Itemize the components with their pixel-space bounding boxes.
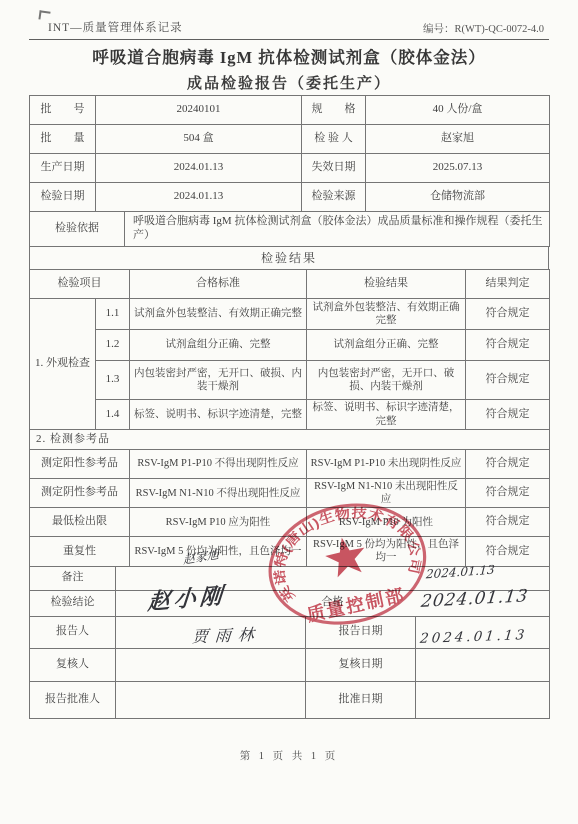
table-row: 测定阳性参考品 RSV-IgM P1-P10 不得出现阴性反应 RSV-IgM … <box>30 450 550 479</box>
inspector-value: 赵家旭 <box>366 125 550 154</box>
appearance-group-label: 1. 外观检查 <box>30 299 96 430</box>
standard-cell: 内包装密封严密，无开口、破损、内装干燥剂 <box>130 361 307 400</box>
verdict-cell: 符合规定 <box>466 400 550 430</box>
info-table: 批 号 20240101 规 格 40 人份/盒 批 量 504 盒 检 验 人… <box>29 95 550 212</box>
results-band: 检验结果 <box>29 246 549 270</box>
approver-signature: 贾雨林 <box>191 622 262 647</box>
standard-cell: RSV-IgM P10 应为阳性 <box>130 508 307 537</box>
standard-cell: 标签、说明书、标识字迹清楚，完整 <box>130 400 307 430</box>
table-row: 生产日期 2024.01.13 失效日期 2025.07.13 <box>30 154 550 183</box>
approve-date-label: 批准日期 <box>306 681 416 718</box>
table-row: 1.4 标签、说明书、标识字迹清楚，完整 标签、说明书、标识字迹清楚，完整 符合… <box>30 400 550 430</box>
scanned-report-page: INT—质量管理体系记录 编号：R(WT)-QC-0072-4.0 呼吸道合胞病… <box>0 0 578 824</box>
results-table: 检验项目 合格标准 检验结果 结果判定 1. 外观检查 1.1 试剂盒外包装整洁… <box>29 269 550 567</box>
reporter-label: 报告人 <box>30 616 116 648</box>
basis-table: 检验依据 呼吸道合胞病毒 IgM 抗体检测试剂盒（胶体金法）成品质量标准和操作规… <box>29 211 550 247</box>
table-row: 报告批准人 批准日期 <box>30 681 550 718</box>
source-label: 检验来源 <box>302 183 366 212</box>
verdict-cell: 符合规定 <box>466 361 550 400</box>
spec-label: 规 格 <box>302 96 366 125</box>
approver-signature-cell <box>116 681 306 718</box>
batch-no-label: 批 号 <box>30 96 96 125</box>
inspect-date-label: 检验日期 <box>30 183 96 212</box>
item-no: 1.4 <box>96 400 130 430</box>
result-cell: RSV-IgM P10 为阳性 <box>307 508 466 537</box>
standard-cell: 试剂盒组分正确、完整 <box>130 330 307 361</box>
table-row: 测定阴性参考品 RSV-IgM N1-N10 不得出现阳性反应 RSV-IgM … <box>30 479 550 508</box>
item-no: 1.3 <box>96 361 130 400</box>
result-cell: 标签、说明书、标识字迹清楚，完整 <box>307 400 466 430</box>
prod-date-value: 2024.01.13 <box>96 154 302 183</box>
verdict-cell: 符合规定 <box>466 508 550 537</box>
report-subtitle: 成品检验报告（委托生产） <box>0 72 578 93</box>
table-row: 检验结果 <box>30 247 549 270</box>
doc-number-value: R(WT)-QC-0072-4.0 <box>454 24 544 35</box>
page-number: 第 1 页 共 1 页 <box>0 748 578 763</box>
result-cell: RSV-IgM P1-P10 未出现阴性反应 <box>307 450 466 479</box>
table-row: 1.3 内包装密封严密，无开口、破损、内装干燥剂 内包装密封严密，无开口、破损、… <box>30 361 550 400</box>
review-date-label: 复核日期 <box>306 648 416 681</box>
reviewer-signature-cell <box>116 648 306 681</box>
table-row: 1. 外观检查 1.1 试剂盒外包装整洁、有效期正确完整 试剂盒外包装整洁、有效… <box>30 299 550 330</box>
report-title: 呼吸道合胞病毒 IgM 抗体检测试剂盒（胶体金法） <box>0 44 578 68</box>
result-cell: RSV-IgM N1-N10 未出现阳性反应 <box>307 479 466 508</box>
verdict-cell: 符合规定 <box>466 330 550 361</box>
standard-cell: RSV-IgM N1-N10 不得出现阳性反应 <box>130 479 307 508</box>
col-header-result: 检验结果 <box>307 270 466 299</box>
result-cell: 试剂盒外包装整洁、有效期正确完整 <box>307 299 466 330</box>
report-body: 批 号 20240101 规 格 40 人份/盒 批 量 504 盒 检 验 人… <box>29 96 549 719</box>
verdict-cell: 符合规定 <box>466 479 550 508</box>
col-header-standard: 合格标准 <box>130 270 307 299</box>
ref-item-label: 重复性 <box>30 537 130 566</box>
reference-section-label: 2. 检测参考品 <box>30 430 550 450</box>
ref-item-label: 最低检出限 <box>30 508 130 537</box>
expiry-date-label: 失效日期 <box>302 154 366 183</box>
basis-label: 检验依据 <box>30 212 125 247</box>
result-cell: RSV-IgM 5 份均为阳性，且色泽均一 <box>307 537 466 566</box>
inspector-label: 检 验 人 <box>302 125 366 154</box>
table-row: 批 量 504 盒 检 验 人 赵家旭 <box>30 125 550 154</box>
batch-qty-label: 批 量 <box>30 125 96 154</box>
basis-text: 呼吸道合胞病毒 IgM 抗体检测试剂盒（胶体金法）成品质量标准和操作规程（委托生… <box>125 212 550 247</box>
prod-date-label: 生产日期 <box>30 154 96 183</box>
report-date-label: 报告日期 <box>306 616 416 648</box>
standard-cell: 试剂盒外包装整洁、有效期正确完整 <box>130 299 307 330</box>
result-cell: 试剂盒组分正确、完整 <box>307 330 466 361</box>
ref-item-label: 测定阴性参考品 <box>30 479 130 508</box>
reviewer-label: 复核人 <box>30 648 116 681</box>
result-cell: 内包装密封严密，无开口、破损、内装干燥剂 <box>307 361 466 400</box>
spec-value: 40 人份/盒 <box>366 96 550 125</box>
remarks-label: 备注 <box>30 566 116 590</box>
table-row: 1.2 试剂盒组分正确、完整 试剂盒组分正确、完整 符合规定 <box>30 330 550 361</box>
conclusion-label: 检验结论 <box>30 590 116 616</box>
ref-item-label: 测定阳性参考品 <box>30 450 130 479</box>
batch-no-value: 20240101 <box>96 96 302 125</box>
doc-number-label: 编号： <box>423 24 455 35</box>
standard-cell: RSV-IgM P1-P10 不得出现阴性反应 <box>130 450 307 479</box>
table-row: 最低检出限 RSV-IgM P10 应为阳性 RSV-IgM P10 为阳性 符… <box>30 508 550 537</box>
batch-qty-value: 504 盒 <box>96 125 302 154</box>
table-row: 检验日期 2024.01.13 检验来源 仓储物流部 <box>30 183 550 212</box>
col-header-item: 检验项目 <box>30 270 130 299</box>
item-no: 1.1 <box>96 299 130 330</box>
expiry-date-value: 2025.07.13 <box>366 154 550 183</box>
table-row: 批 号 20240101 规 格 40 人份/盒 <box>30 96 550 125</box>
table-row: 重复性 RSV-IgM 5 份均为阳性，且色泽均一 RSV-IgM 5 份均为阳… <box>30 537 550 566</box>
verdict-cell: 符合规定 <box>466 450 550 479</box>
verdict-cell: 符合规定 <box>466 537 550 566</box>
results-section-title: 检验结果 <box>30 247 549 270</box>
quality-system-record-label: INT—质量管理体系记录 <box>48 19 183 35</box>
col-header-verdict: 结果判定 <box>466 270 550 299</box>
review-date-cell <box>416 648 550 681</box>
inspect-date-value: 2024.01.13 <box>96 183 302 212</box>
verdict-cell: 符合规定 <box>466 299 550 330</box>
approver-label: 报告批准人 <box>30 681 116 718</box>
approve-date-cell <box>416 681 550 718</box>
table-row: 复核人 复核日期 <box>30 648 550 681</box>
results-header-row: 检验项目 合格标准 检验结果 结果判定 <box>30 270 550 299</box>
header-divider <box>29 39 549 40</box>
doc-number: 编号：R(WT)-QC-0072-4.0 <box>423 21 544 36</box>
item-no: 1.2 <box>96 330 130 361</box>
source-value: 仓储物流部 <box>366 183 550 212</box>
table-row: 检验依据 呼吸道合胞病毒 IgM 抗体检测试剂盒（胶体金法）成品质量标准和操作规… <box>30 212 550 247</box>
table-row: 2. 检测参考品 <box>30 430 550 450</box>
